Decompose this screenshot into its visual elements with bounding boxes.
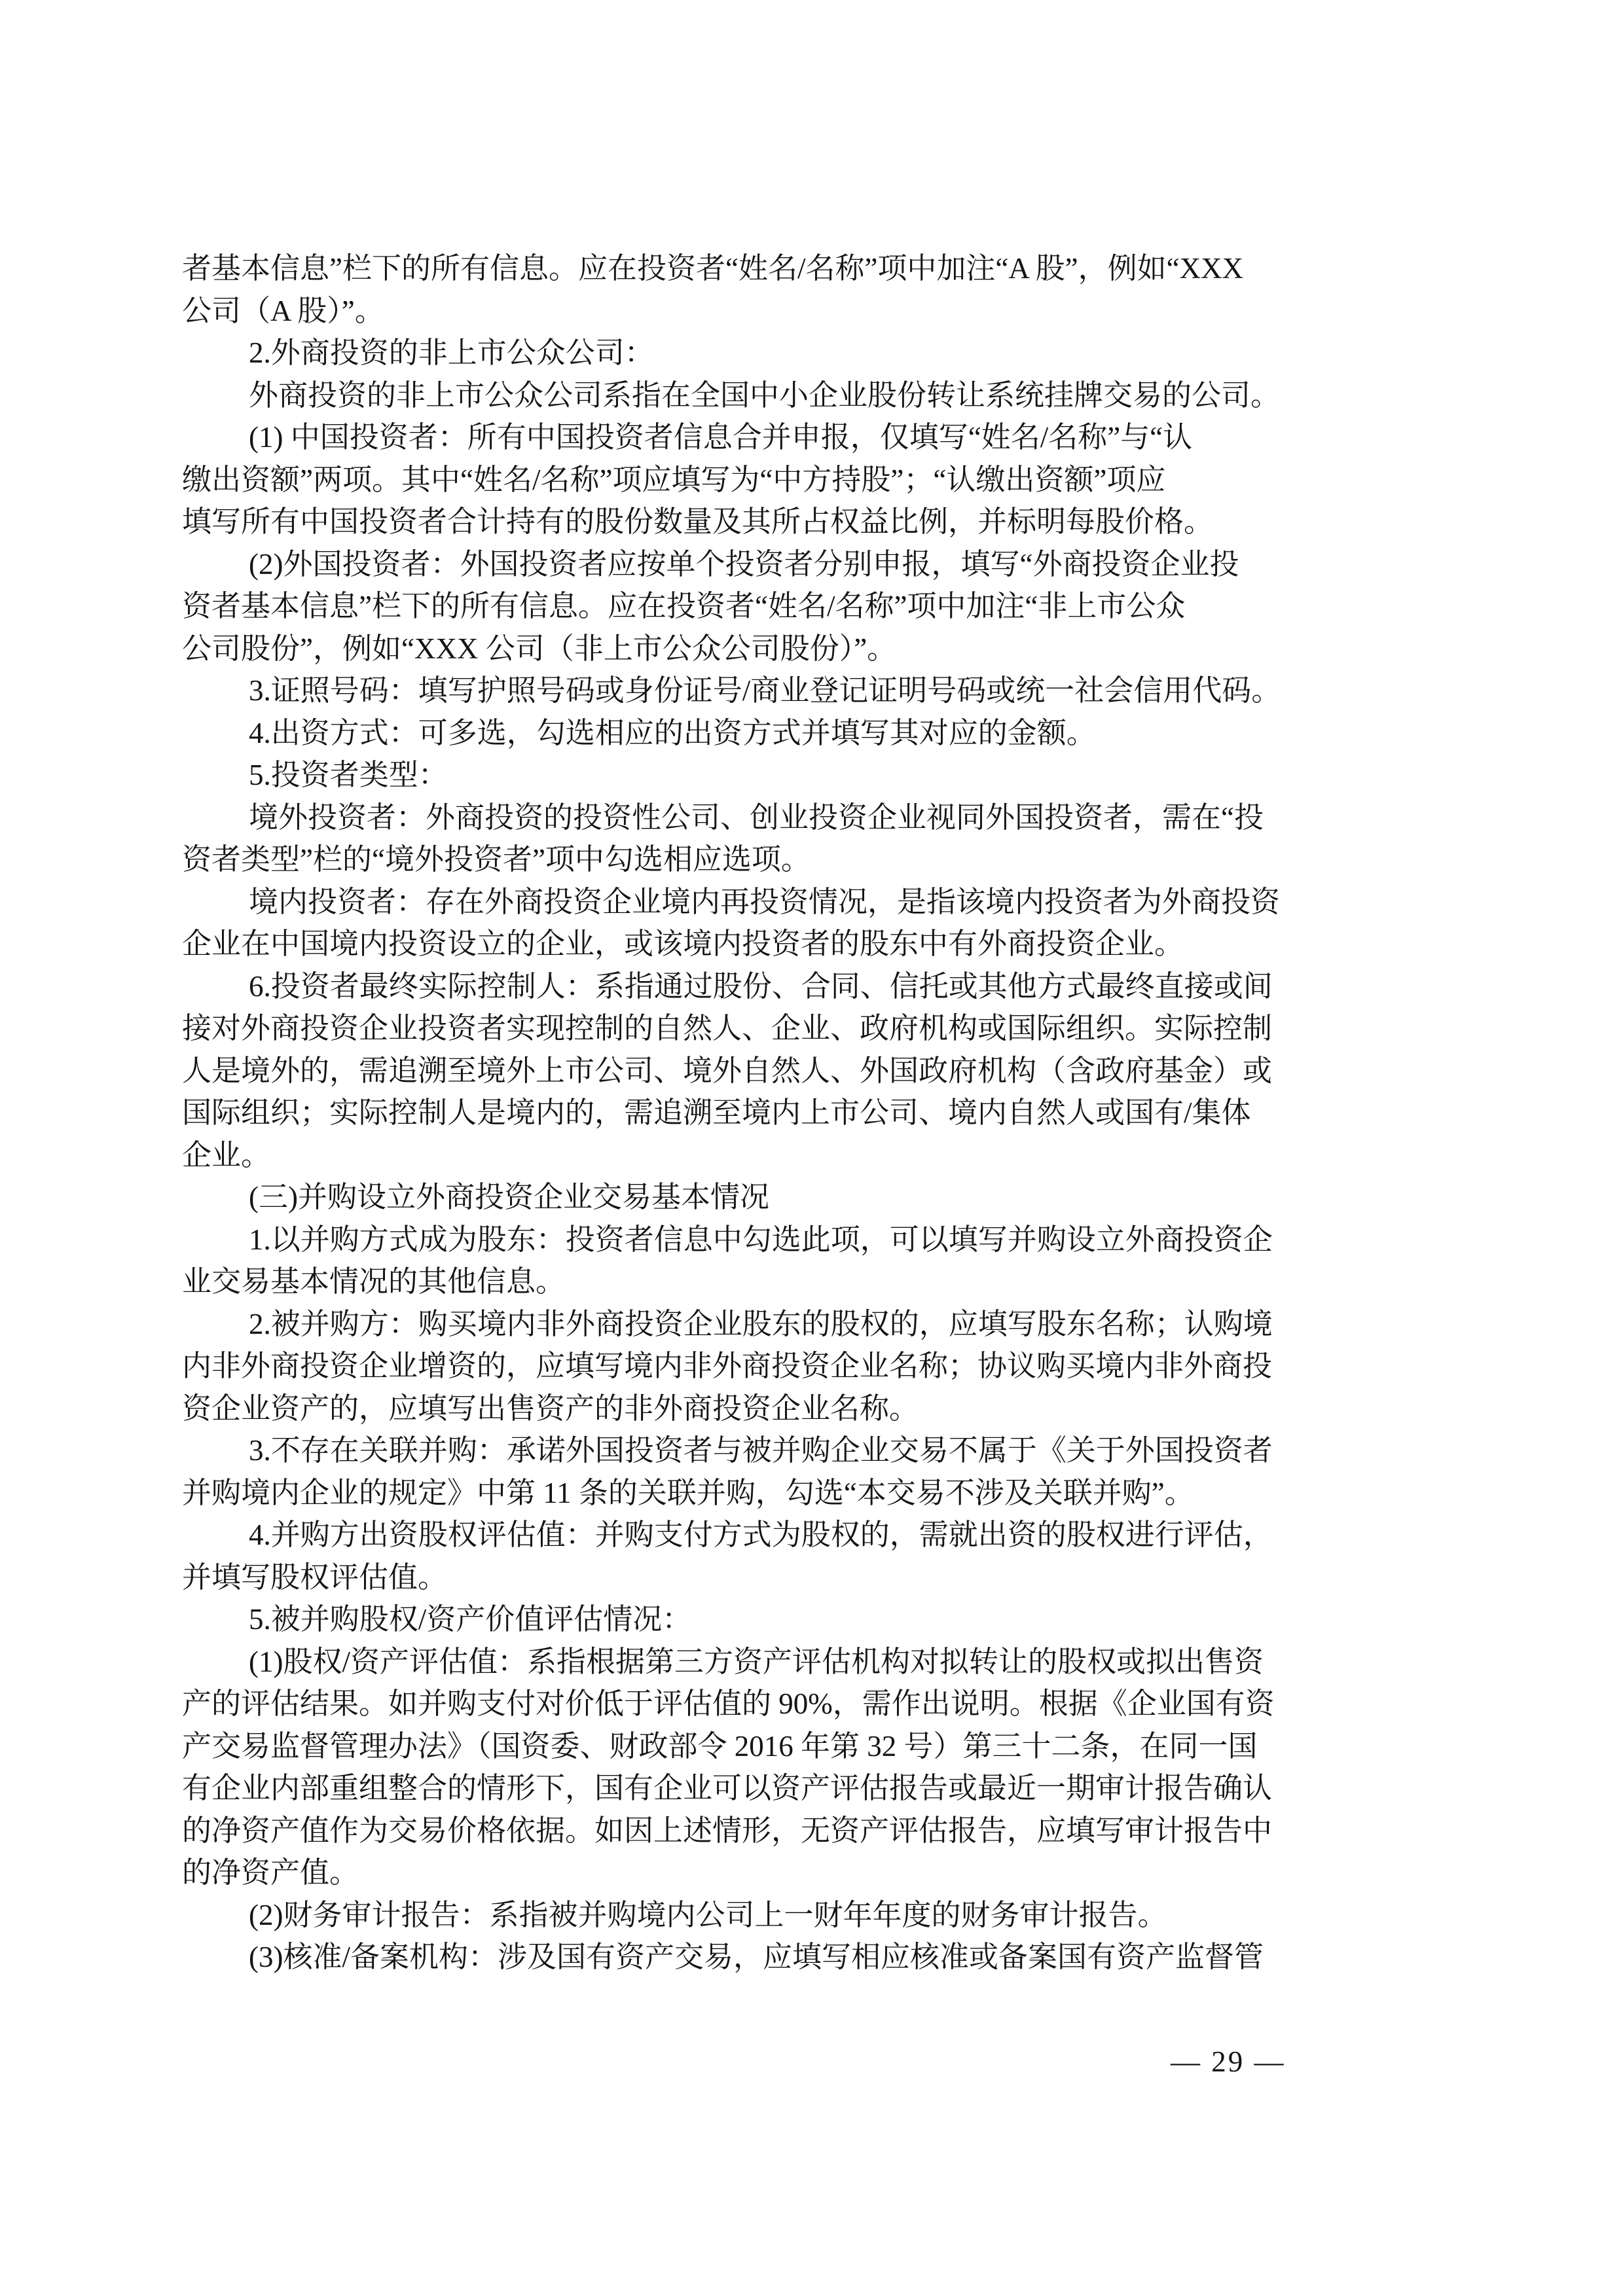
text-line: 5.被并购股权/资产价值评估情况：	[182, 1598, 1423, 1641]
text-line: (三)并购设立外商投资企业交易基本情况	[182, 1176, 1423, 1219]
text-line: 1.以并购方式成为股东：投资者信息中勾选此项，可以填写并购设立外商投资企	[182, 1219, 1423, 1261]
text-line: 2.外商投资的非上市公众公司：	[182, 332, 1423, 374]
text-line: (2)财务审计报告：系指被并购境内公司上一财年年度的财务审计报告。	[182, 1894, 1423, 1937]
text-line: 的净资产值。	[182, 1852, 1423, 1894]
text-line: 的净资产值作为交易价格依据。如因上述情形，无资产评估报告，应填写审计报告中	[182, 1810, 1423, 1852]
text-line: 企业。	[182, 1134, 1423, 1177]
text-line: 人是境外的，需追溯至境外上市公司、境外自然人、外国政府机构（含政府基金）或	[182, 1050, 1423, 1092]
text-line: 2.被并购方：购买境内非外商投资企业股东的股权的，应填写股东名称；认购境	[182, 1303, 1423, 1346]
text-line: 并填写股权评估值。	[182, 1556, 1423, 1599]
text-line: 境内投资者：存在外商投资企业境内再投资情况，是指该境内投资者为外商投资	[182, 881, 1423, 924]
text-line: (1)股权/资产评估值：系指根据第三方资产评估机构对拟转让的股权或拟出售资	[182, 1641, 1423, 1683]
document-page: 者基本信息”栏下的所有信息。应在投资者“姓名/名称”项中加注“A 股”，例如“X…	[0, 0, 1623, 2296]
text-line: 有企业内部重组整合的情形下，国有企业可以资产评估报告或最近一期审计报告确认	[182, 1767, 1423, 1810]
text-line: 产的评估结果。如并购支付对价低于评估值的 90%，需作出说明。根据《企业国有资	[182, 1683, 1423, 1725]
text-line: 企业在中国境内投资设立的企业，或该境内投资者的股东中有外商投资企业。	[182, 923, 1423, 965]
text-line: 4.出资方式：可多选，勾选相应的出资方式并填写其对应的金额。	[182, 712, 1423, 755]
text-line: (2)外国投资者：外国投资者应按单个投资者分别申报，填写“外商投资企业投	[182, 543, 1423, 586]
text-line: 4.并购方出资股权评估值：并购支付方式为股权的，需就出资的股权进行评估，	[182, 1514, 1423, 1556]
text-line: (3)核准/备案机构：涉及国有资产交易，应填写相应核准或备案国有资产监督管	[182, 1936, 1423, 1979]
document-body: 者基本信息”栏下的所有信息。应在投资者“姓名/名称”项中加注“A 股”，例如“X…	[182, 247, 1423, 1979]
text-line: 产交易监督管理办法》（国资委、财政部令 2016 年第 32 号）第三十二条，在…	[182, 1725, 1423, 1768]
text-line: 6.投资者最终实际控制人：系指通过股份、合同、信托或其他方式最终直接或间	[182, 965, 1423, 1008]
text-line: 内非外商投资企业增资的，应填写境内非外商投资企业名称；协议购买境内非外商投	[182, 1345, 1423, 1388]
text-line: 5.投资者类型：	[182, 754, 1423, 797]
text-line: 者基本信息”栏下的所有信息。应在投资者“姓名/名称”项中加注“A 股”，例如“X…	[182, 247, 1423, 290]
text-line: 接对外商投资企业投资者实现控制的自然人、企业、政府机构或国际组织。实际控制	[182, 1007, 1423, 1050]
text-line: (1) 中国投资者：所有中国投资者信息合并申报，仅填写“姓名/名称”与“认	[182, 416, 1423, 459]
text-line: 缴出资额”两项。其中“姓名/名称”项应填写为“中方持股”；“认缴出资额”项应	[182, 459, 1423, 501]
text-line: 填写所有中国投资者合计持有的股份数量及其所占权益比例，并标明每股价格。	[182, 501, 1423, 543]
text-line: 资企业资产的，应填写出售资产的非外商投资企业名称。	[182, 1388, 1423, 1430]
text-line: 国际组织；实际控制人是境内的，需追溯至境内上市公司、境内自然人或国有/集体	[182, 1092, 1423, 1134]
text-line: 3.不存在关联并购：承诺外国投资者与被并购企业交易不属于《关于外国投资者	[182, 1429, 1423, 1472]
page-number: — 29 —	[1171, 2045, 1286, 2079]
text-line: 业交易基本情况的其他信息。	[182, 1261, 1423, 1303]
text-line: 公司（A 股）”。	[182, 290, 1423, 332]
text-line: 并购境内企业的规定》中第 11 条的关联并购，勾选“本交易不涉及关联并购”。	[182, 1472, 1423, 1515]
text-line: 外商投资的非上市公众公司系指在全国中小企业股份转让系统挂牌交易的公司。	[182, 374, 1423, 417]
text-line: 公司股份”，例如“XXX 公司（非上市公众公司股份）”。	[182, 628, 1423, 670]
text-line: 资者基本信息”栏下的所有信息。应在投资者“姓名/名称”项中加注“非上市公众	[182, 585, 1423, 628]
text-line: 资者类型”栏的“境外投资者”项中勾选相应选项。	[182, 838, 1423, 881]
text-line: 境外投资者：外商投资的投资性公司、创业投资企业视同外国投资者，需在“投	[182, 797, 1423, 839]
text-line: 3.证照号码：填写护照号码或身份证号/商业登记证明号码或统一社会信用代码。	[182, 670, 1423, 712]
